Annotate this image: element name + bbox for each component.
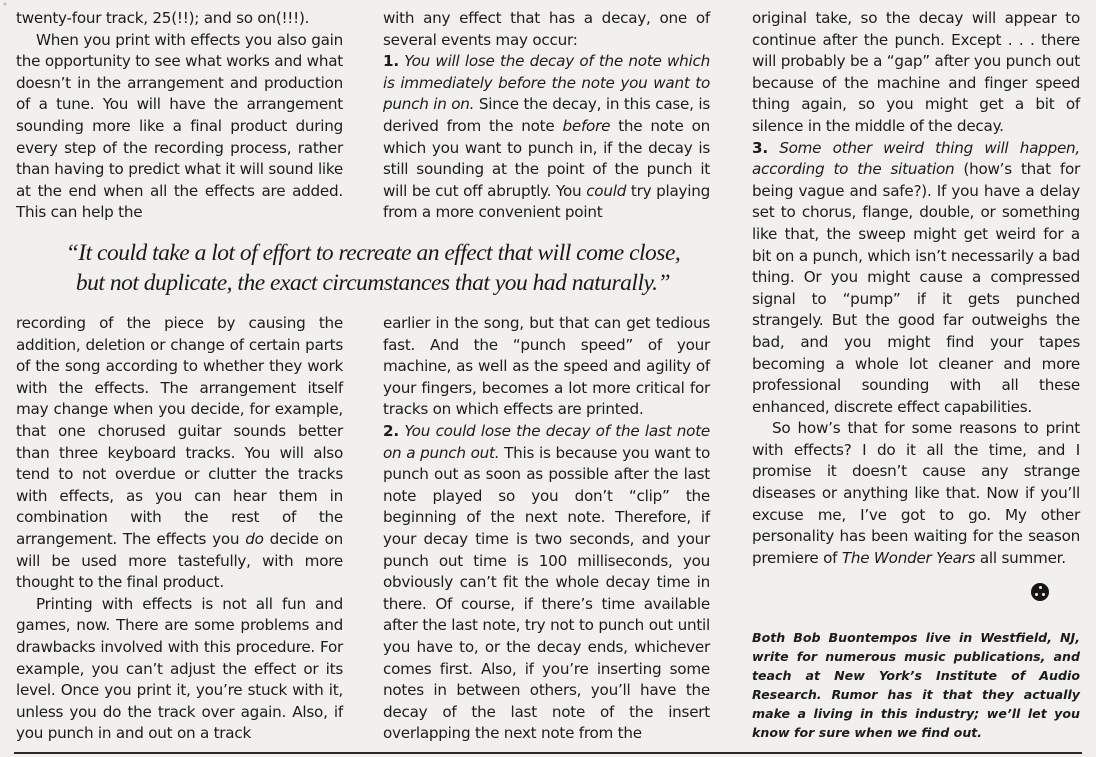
column-2-bottom: earlier in the song, but that can get te…: [383, 313, 710, 745]
magazine-page: twenty-four track, 25(!!); and so on(!!!…: [0, 0, 1096, 757]
paragraph: When you print with effects you also gai…: [16, 30, 343, 224]
item-number: 1.: [383, 52, 399, 70]
text: all summer.: [980, 549, 1066, 567]
show-title: The Wonder Years: [842, 549, 975, 567]
emphasis: could: [586, 182, 626, 200]
item-text: This is because you want to punch out as…: [383, 444, 710, 743]
bottom-rule-divider: [14, 752, 1082, 754]
paragraph: So how’s that for some reasons to print …: [752, 418, 1080, 569]
text: So how’s that for some reasons to print …: [752, 419, 1080, 567]
column-1-top: twenty-four track, 25(!!); and so on(!!!…: [16, 8, 343, 224]
paragraph: twenty-four track, 25(!!); and so on(!!!…: [16, 8, 343, 30]
list-item-2: 2. You could lose the decay of the last …: [383, 421, 710, 745]
emphasis: do: [245, 530, 263, 548]
item-text: (how’s that for being vague and safe?). …: [752, 160, 1080, 416]
column-2-top: with any effect that has a decay, one of…: [383, 8, 710, 224]
item-number: 2.: [383, 422, 399, 440]
pull-quote-line-2: but not duplicate, the exact circumstanc…: [18, 268, 728, 298]
paragraph: with any effect that has a decay, one of…: [383, 8, 710, 51]
author-bio: Both Bob Buontempos live in Westfield, N…: [752, 628, 1080, 742]
column-1-bottom: recording of the piece by causing the ad…: [16, 313, 343, 745]
text: recording of the piece by causing the ad…: [16, 314, 343, 548]
paragraph: Printing with effects is not all fun and…: [16, 594, 343, 745]
list-item-3: 3. Some other weird thing will happen, a…: [752, 138, 1080, 419]
item-number: 3.: [752, 139, 768, 157]
paragraph: recording of the piece by causing the ad…: [16, 313, 343, 594]
pull-quote: “It could take a lot of effort to recrea…: [18, 238, 728, 298]
column-3: original take, so the decay will appear …: [752, 8, 1080, 569]
emphasis: before: [562, 117, 610, 135]
list-item-1: 1. You will lose the decay of the note w…: [383, 51, 710, 224]
paragraph: original take, so the decay will appear …: [752, 8, 1080, 138]
paragraph: earlier in the song, but that can get te…: [383, 313, 710, 421]
scan-speck: [0, 0, 10, 8]
reel-endmark-icon: [1031, 583, 1049, 601]
pull-quote-line-1: “It could take a lot of effort to recrea…: [18, 238, 728, 268]
